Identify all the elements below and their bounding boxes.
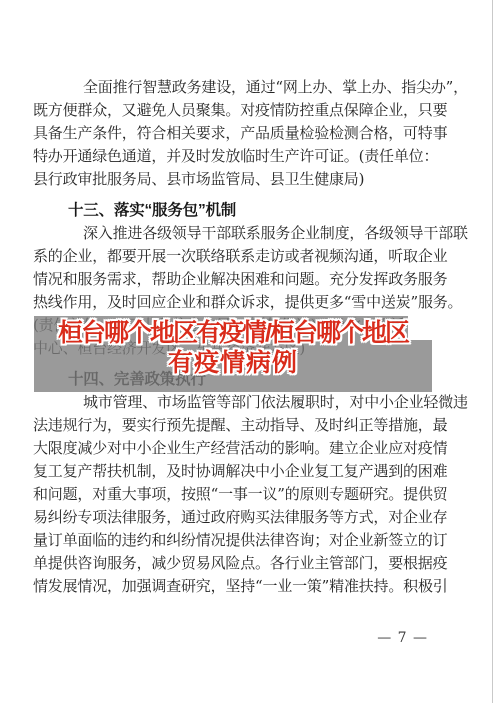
watermark-title-line-1: 桓台哪个地区有疫情/桓台哪个地区 bbox=[34, 318, 432, 348]
text-line: 单提供咨询服务，减少贸易风险点。各行业主管部门，要根据疫 bbox=[33, 552, 461, 575]
text-line: 情发展情况，加强调查研究，坚持“一业一策”精准扶持。积极引 bbox=[33, 575, 461, 598]
watermark-title-line-2: 有疫情病例 bbox=[34, 348, 432, 378]
scan-page-edge-line bbox=[492, 0, 493, 703]
text-line: 易纠纷专项法律服务，通过政府购买法律服务等方式，对企业存 bbox=[33, 506, 461, 529]
scanned-document-page: 全面推行智慧政务建设，通过“网上办、掌上办、指尖办”，既方便群众，又避免人员聚集… bbox=[0, 0, 500, 703]
page-number: — 7 — bbox=[377, 630, 428, 646]
text-line: 既方便群众，又避免人员聚集。对疫情防控重点保障企业，只要 bbox=[33, 99, 461, 122]
text-line: 大限度减少对中小企业生产经营活动的影响。建立企业应对疫情 bbox=[33, 437, 461, 460]
text-line: 深入推进各级领导干部联系服务企业制度，各级领导干部联 bbox=[33, 222, 461, 245]
text-line: 量订单面临的违约和纠纷情况提供法律咨询；对企业新签立的订 bbox=[33, 529, 461, 552]
text-line: 特办开通绿色通道，并及时发放临时生产许可证。(责任单位： bbox=[33, 145, 461, 168]
text-line: 全面推行智慧政务建设，通过“网上办、掌上办、指尖办”， bbox=[33, 76, 461, 99]
text-line: 具备生产条件，符合相关要求，产品质量检验检测合格，可特事 bbox=[33, 122, 461, 145]
text-line: 城市管理、市场监管等部门依法履职时，对中小企业轻微违 bbox=[33, 391, 461, 414]
text-line: 热线作用，及时回应企业和群众诉求，提供更多“雪中送炭”服务。 bbox=[33, 291, 461, 314]
text-line: 复工复产帮扶机制，及时协调解决中小企业复工复产遇到的困难 bbox=[33, 460, 461, 483]
body-paragraph: 城市管理、市场监管等部门依法履职时，对中小企业轻微违法违规行为，要实行预先提醒、… bbox=[33, 391, 461, 598]
section-heading: 十三、落实“服务包”机制 bbox=[33, 199, 461, 222]
text-line: 县行政审批服务局、县市场监管局、县卫生健康局) bbox=[33, 168, 461, 191]
text-line: 系的企业，都要开展一次联络联系走访或者视频沟通，听取企业 bbox=[33, 245, 461, 268]
text-line: 和问题，对重大事项，按照“一事一议”的原则专题研究。提供贸 bbox=[33, 483, 461, 506]
body-paragraph: 全面推行智慧政务建设，通过“网上办、掌上办、指尖办”，既方便群众，又避免人员聚集… bbox=[33, 76, 461, 191]
text-line: 法违规行为，要实行预先提醒、主动指导、及时纠正等措施，最 bbox=[33, 414, 461, 437]
watermark-title: 桓台哪个地区有疫情/桓台哪个地区 有疫情病例 bbox=[34, 318, 432, 378]
text-line: 情况和服务需求，帮助企业解决困难和问题。充分发挥政务服务 bbox=[33, 268, 461, 291]
text-line: 十三、落实“服务包”机制 bbox=[33, 199, 461, 222]
